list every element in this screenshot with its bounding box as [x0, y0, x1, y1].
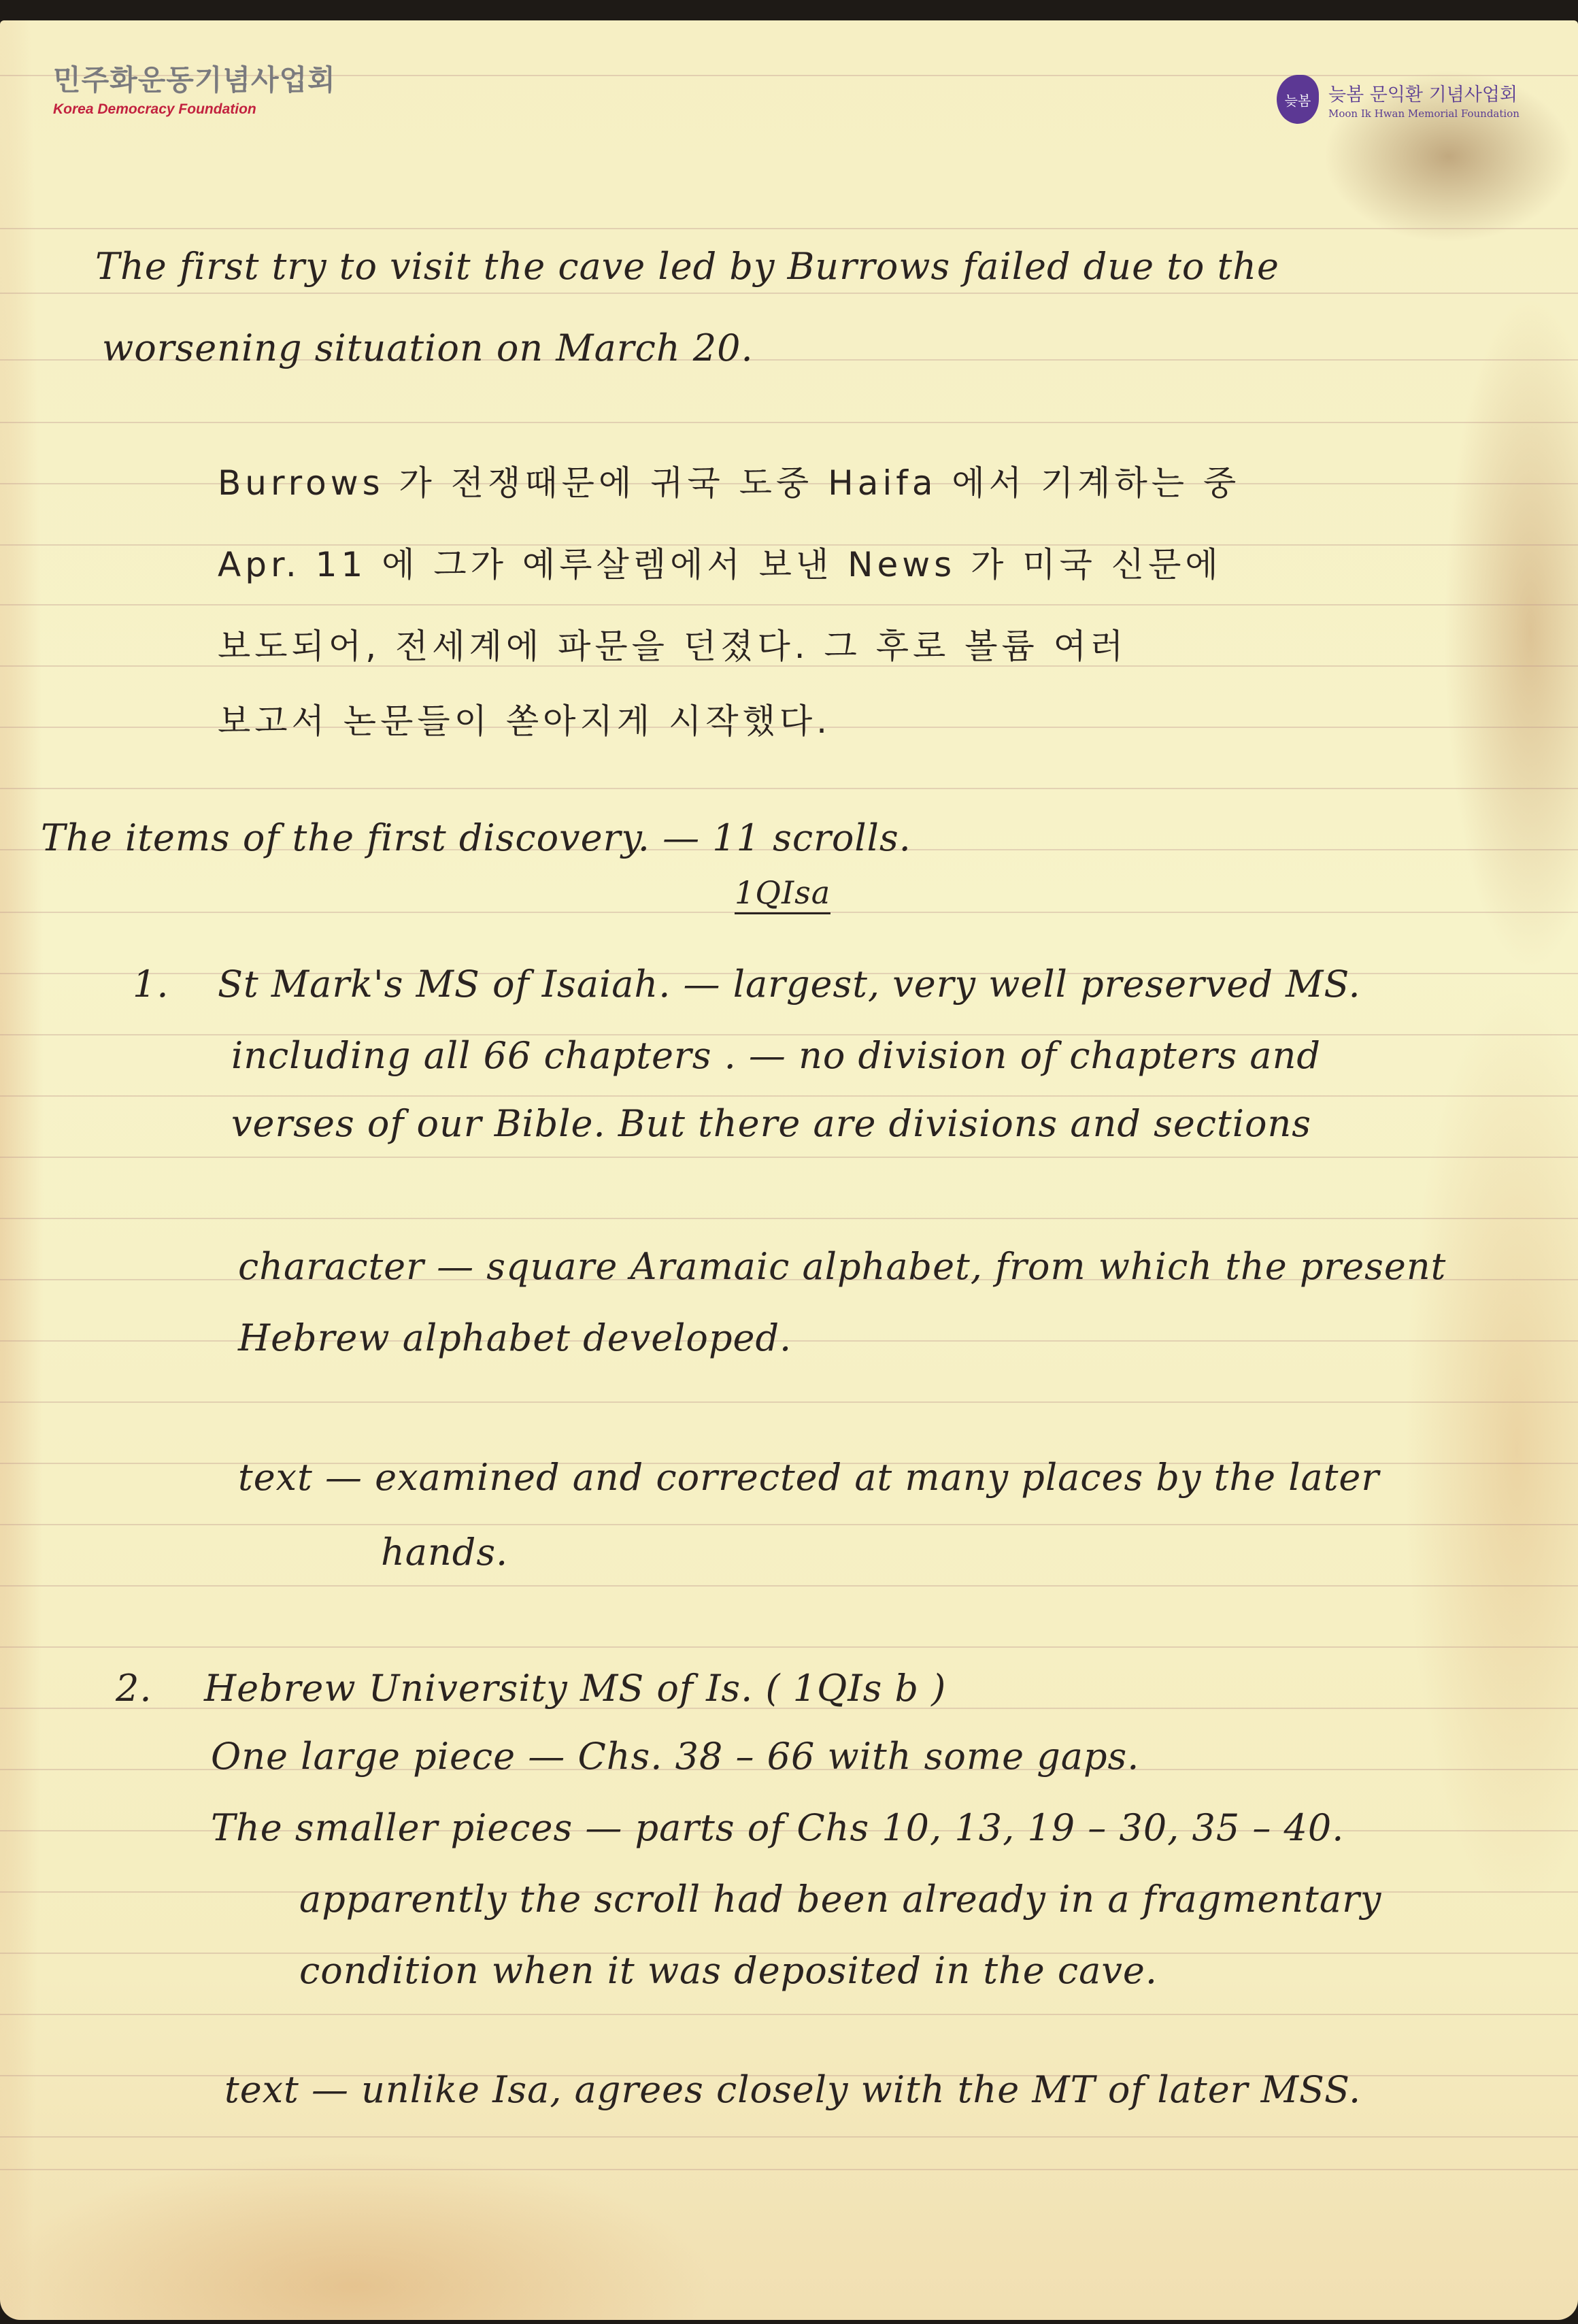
item2-line-1: One large piece — Chs. 38 – 66 with some…	[211, 1735, 1139, 1778]
ruled-line	[0, 1095, 1578, 1097]
text-note-line-1: text — examined and corrected at many pl…	[238, 1456, 1379, 1499]
logo-english-text: Moon Ik Hwan Memorial Foundation	[1328, 107, 1520, 120]
neutbom-emblem-icon: 늦봄	[1277, 75, 1319, 124]
ruled-line	[0, 2136, 1578, 2138]
korean-line-3: 보도되어, 전세계에 파문을 던졌다. 그 후로 볼륨 여러	[218, 619, 1127, 668]
item2-text-note: text — unlike Isa, agrees closely with t…	[224, 2068, 1361, 2111]
item1-siglum-label: 1QIsa	[735, 874, 830, 914]
item1-line-1: St Mark's MS of Isaiah. — largest, very …	[218, 963, 1361, 1006]
ruled-line	[0, 788, 1578, 789]
ruled-line	[0, 2169, 1578, 2170]
logo-korean-text: 늦봄 문익환 기념사업회	[1328, 80, 1520, 106]
item2-line-3: apparently the scroll had been already i…	[299, 1878, 1381, 1921]
ruled-line	[0, 1157, 1578, 1158]
ruled-line	[0, 422, 1578, 423]
korea-democracy-foundation-logo: 민주화운동기념사업회 Korea Democracy Foundation	[53, 58, 336, 118]
section-heading: The items of the first discovery. — 11 s…	[41, 816, 911, 859]
ruled-line	[0, 1646, 1578, 1648]
intro-line-2: worsening situation on March 20.	[102, 327, 754, 369]
ruled-line	[0, 1401, 1578, 1403]
korean-line-1: Burrows 가 전쟁때문에 귀국 도중 Haifa 에서 기계하는 중	[218, 456, 1240, 505]
ruled-line	[0, 293, 1578, 294]
ruled-line	[0, 1524, 1578, 1525]
item2-line-2: The smaller pieces — parts of Chs 10, 13…	[211, 1806, 1344, 1849]
item1-line-3: verses of our Bible. But there are divis…	[231, 1102, 1311, 1145]
text-note-line-2: hands.	[381, 1531, 508, 1574]
ruled-line	[0, 1585, 1578, 1587]
item1-number: 1.	[133, 963, 169, 1006]
logo-korean-text: 민주화운동기념사업회	[53, 58, 336, 99]
moon-ik-hwan-foundation-logo: 늦봄 늦봄 문익환 기념사업회 Moon Ik Hwan Memorial Fo…	[1277, 75, 1520, 124]
notebook-page: 민주화운동기념사업회 Korea Democracy Foundation 늦봄…	[0, 20, 1578, 2320]
ruled-line	[0, 604, 1578, 605]
item2-number: 2.	[116, 1667, 152, 1710]
logo-english-text: Korea Democracy Foundation	[53, 101, 336, 118]
ruled-line	[0, 1218, 1578, 1219]
character-line-2: Hebrew alphabet developed.	[238, 1316, 792, 1359]
item1-line-2: including all 66 chapters . — no divisio…	[231, 1034, 1321, 1077]
ruled-line	[0, 2014, 1578, 2015]
item2-title: Hebrew University MS of Is. ( 1QIs b )	[204, 1667, 946, 1710]
korean-line-4: 보고서 논문들이 쏟아지게 시작했다.	[218, 694, 831, 743]
ruled-line	[0, 228, 1578, 229]
korean-line-2: Apr. 11 에 그가 예루살렘에서 보낸 News 가 미국 신문에	[218, 537, 1222, 586]
item2-line-4: condition when it was deposited in the c…	[299, 1949, 1158, 1992]
character-line-1: character — square Aramaic alphabet, fro…	[238, 1245, 1446, 1288]
intro-line-1: The first try to visit the cave led by B…	[95, 245, 1279, 288]
